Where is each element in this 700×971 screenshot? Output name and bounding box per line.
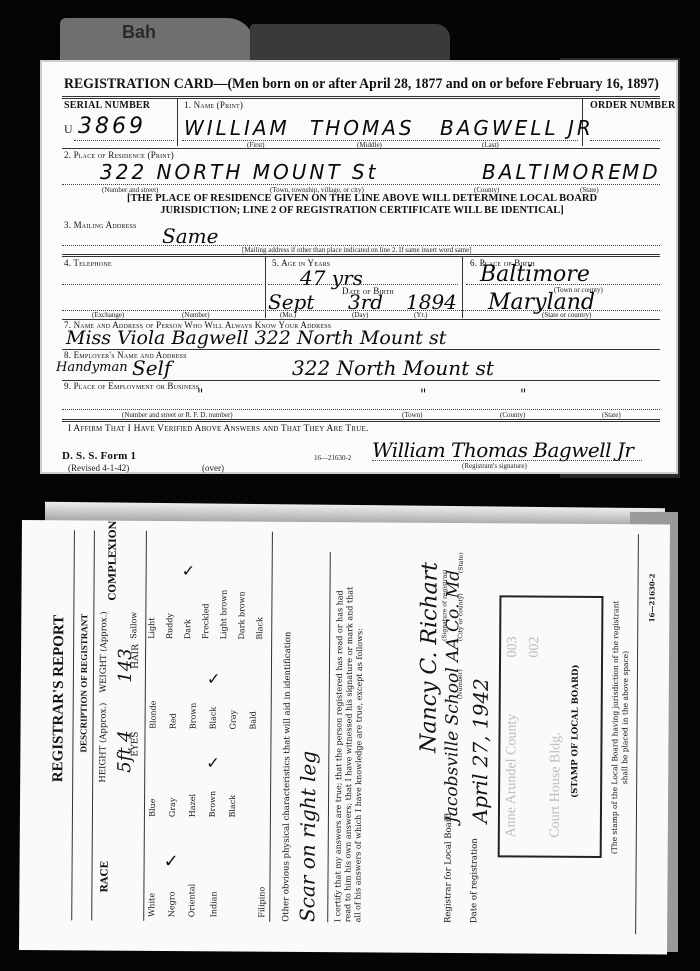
registration-date-label: Date of registration [469, 838, 480, 923]
employment-place-label: 9. Place of Employment or Business [64, 381, 199, 391]
certify-line3: all of his answers of which I have knowl… [353, 628, 364, 922]
stamp-line-county: Anne Arundel County [504, 714, 521, 838]
hair-option-black: Black [209, 707, 218, 730]
local-board-state-sublabel: (State) [458, 552, 465, 573]
race-option-oriental: Oriental [187, 884, 196, 917]
telephone-exchange-sublabel: (Exchange) [92, 311, 124, 319]
hair-option-bald: Bald [249, 711, 258, 729]
hair-option-red: Red [169, 713, 178, 729]
residence-city-value: BALTIMORE [482, 160, 624, 184]
description-header: DESCRIPTION OF REGISTRANT [78, 614, 89, 753]
race-option-filipino: Filipino [257, 887, 266, 918]
over-note: (over) [202, 463, 224, 473]
eyes-option-gray: Gray [168, 798, 177, 818]
complexion-option-sallow: Sallow [129, 612, 138, 639]
dob-day-sublabel: (Day) [352, 311, 368, 319]
registrant-signature: William Thomas Bagwell Jr [372, 438, 633, 462]
affirm-statement: I Affirm That I Have Verified Above Answ… [68, 424, 369, 434]
hair-checkmark: ✓ [207, 669, 221, 688]
hair-header: HAIR [131, 644, 141, 669]
hair-option-brown: Brown [189, 703, 198, 730]
employer-address-value: 322 North Mount st [292, 356, 494, 380]
employment-street-sublabel: (Number and street or R. F. D. number) [122, 411, 233, 419]
registrars-report-card: REGISTRAR'S REPORT DESCRIPTION OF REGIST… [19, 520, 670, 955]
employment-town-sublabel: (Town) [402, 411, 423, 419]
eyes-option-black: Black [228, 795, 237, 818]
mailing-address-label: 3. Mailing Address [64, 220, 137, 230]
name-middle-value: THOMAS [310, 116, 415, 140]
stamp-line-003: 003 [505, 636, 521, 657]
serial-number-label: SERIAL NUMBER [64, 100, 150, 111]
signature-sublabel: (Registrant's signature) [462, 462, 527, 470]
residence-state-value: MD [622, 160, 661, 184]
complexion-option-light-brown: Light brown [219, 590, 228, 640]
complexion-header: COMPLEXION [107, 520, 119, 600]
front-form-code: 16—21630-2 [314, 454, 351, 462]
residence-street-value: 322 NORTH MOUNT St [100, 160, 378, 184]
name-last-value: BAGWELL JR [440, 116, 594, 140]
height-label: HEIGHT (Approx.) [98, 703, 109, 783]
employer-name-value: Self [132, 356, 171, 380]
local-board-label: Registrar for Local Board [443, 813, 454, 923]
complexion-option-freckled: Freckled [201, 603, 210, 639]
stamp-line-002: 002 [527, 637, 543, 658]
stamp-label: (STAMP OF LOCAL BOARD) [570, 665, 581, 798]
telephone-label: 4. Telephone [64, 258, 112, 268]
jurisdiction-notice-line2: JURISDICTION; LINE 2 OF REGISTRATION CER… [82, 205, 642, 217]
race-checkmark: ✓ [164, 851, 179, 872]
employer-occupation-value: Handyman [56, 360, 128, 375]
complexion-option-black: Black [255, 617, 264, 640]
dob-year-sublabel: (Yr.) [414, 311, 427, 319]
registrars-report-title: REGISTRAR'S REPORT [50, 615, 68, 783]
weight-label: WEIGHT (Approx.) [99, 611, 110, 692]
jurisdiction-notice-line1: [THE PLACE OF RESIDENCE GIVEN ON THE LIN… [82, 193, 642, 205]
residence-label: 2. Place of Residence (Print) [64, 150, 174, 160]
form-name: D. S. S. Form 1 [62, 450, 136, 462]
registrar-signature: Nancy C. Richart [416, 562, 442, 753]
birthplace-state-sublabel: (State or country) [542, 311, 591, 319]
eyes-option-brown: Brown [208, 791, 217, 818]
race-option-white: White [147, 893, 156, 917]
complexion-option-ruddy: Ruddy [165, 613, 174, 639]
ditto-mark-street: " [197, 387, 203, 403]
index-tab-secondary [250, 24, 450, 60]
form-revised: (Revised 4-1-42) [68, 463, 129, 473]
complexion-checkmark: ✓ [182, 561, 196, 580]
eyes-option-hazel: Hazel [188, 794, 197, 817]
serial-prefix: U [64, 122, 73, 137]
index-tab-label: Bah [122, 22, 156, 43]
card-title: REGISTRATION CARD—(Men born on or after … [64, 76, 659, 93]
stamp-note-line2: shall be placed in the above space) [620, 651, 630, 784]
serial-number-value: 3869 [78, 114, 146, 139]
other-characteristics-value: Scar on right leg [295, 751, 320, 922]
name-first-value: WILLIAM [184, 116, 290, 140]
registration-card-front: REGISTRATION CARD—(Men born on or after … [40, 60, 678, 474]
back-form-code: 16—21630-2 [647, 573, 656, 622]
registration-date-value: April 27, 1942 [468, 678, 493, 823]
employment-county-sublabel: (County) [500, 411, 525, 419]
complexion-option-dark: Dark [183, 619, 192, 639]
stamp-line-courthouse: Court House Bldg. [548, 732, 565, 837]
name-label: 1. Name (Print) [184, 100, 243, 110]
complexion-option-dark-brown: Dark brown [237, 591, 246, 639]
eyes-checkmark: ✓ [206, 753, 220, 772]
race-header: RACE [99, 861, 110, 893]
race-option-negro: Negro [167, 892, 176, 918]
contact-value: Miss Viola Bagwell 322 North Mount st [66, 327, 446, 349]
mailing-address-sublabel: [Mailing address if other than place ind… [242, 246, 472, 254]
eyes-option-blue: Blue [148, 799, 157, 817]
complexion-option-light: Light [147, 618, 156, 639]
race-option-indian: Indian [209, 891, 218, 917]
order-number-label: ORDER NUMBER [590, 100, 675, 111]
other-characteristics-label: Other obvious physical characteristics t… [281, 632, 293, 922]
employment-state-sublabel: (State) [602, 411, 621, 419]
ditto-mark-county: " [520, 387, 526, 403]
dob-month-sublabel: (Mo.) [280, 311, 296, 319]
local-board-number-sublabel: (Number) [457, 669, 464, 699]
hair-option-blonde: Blonde [149, 701, 158, 729]
local-board-city-sublabel: (City or county) [457, 593, 464, 641]
index-tab [60, 18, 255, 60]
local-board-stamp-box: Anne Arundel County 003 002 Court House … [498, 595, 604, 858]
telephone-number-sublabel: (Number) [182, 311, 210, 319]
eyes-header: EYES [130, 732, 140, 757]
hair-option-gray: Gray [229, 710, 238, 730]
stamp-note-line1: (The stamp of the Local Board having jur… [610, 601, 621, 855]
ditto-mark-town: " [420, 387, 426, 403]
